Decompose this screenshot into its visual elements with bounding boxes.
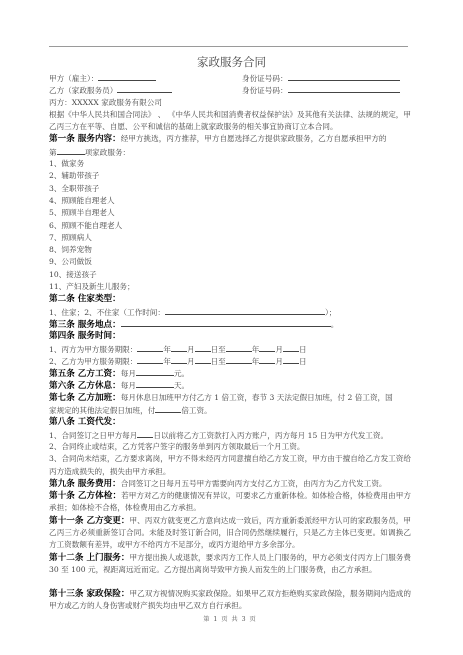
term-b-start-year[interactable]	[137, 355, 163, 364]
article-6-heading: 第六条 乙方休息：	[49, 381, 121, 391]
service-item: 4、照顾能自理老人	[49, 195, 411, 207]
to-label: 日至	[211, 345, 226, 354]
service-item: 6、照顾不能自理老人	[49, 220, 411, 232]
party-a-label: 甲方（雇主）：	[49, 74, 98, 83]
article-8-item1-prefix: 1、合同签订之日甲方每月	[49, 431, 137, 440]
article-5-prefix: 每月	[121, 369, 136, 378]
month-label: 月	[275, 345, 283, 354]
article-13: 第十三条 家政保险：甲乙双方视情况购买家政保险。如果甲乙双方拒绝购买家政保险，服…	[49, 588, 411, 613]
party-a-blank[interactable]	[98, 72, 156, 81]
term-c-end-year[interactable]	[226, 343, 252, 352]
article-12-heading: 第十二条 上门服务：	[49, 553, 130, 563]
spacer	[49, 576, 411, 588]
article-2-heading-text: 第二条 住家类型：	[49, 294, 121, 304]
term-b-label: 2、乙方为甲方服务期限：	[49, 357, 137, 366]
article-8-item1-suffix: 日以前将乙方工资款打入丙方账户，丙方每月 15 日为甲方代发工资。	[153, 431, 388, 440]
rest-days-blank[interactable]	[136, 379, 174, 388]
article-2-prefix: 1、住家；2、不住家（工作时间：	[49, 308, 165, 317]
article-9: 第九条 服务费用：合同签订之日每月五号甲方需要向丙方支付乙方工资，由丙方为乙方代…	[49, 478, 411, 490]
article-7-line2: 家规定的其他法定假日加班，付倍工资。	[49, 404, 411, 416]
article-8-heading: 第八条 工资代发：	[49, 416, 411, 428]
article-4-heading: 第四条 服务时间：	[49, 330, 411, 342]
party-a-id-group: 身份证号码：	[242, 72, 400, 85]
pay-day-blank[interactable]	[137, 429, 153, 438]
term-c-start-year[interactable]	[137, 343, 163, 352]
term-c-label: 1、丙方为甲方服务期限：	[49, 345, 137, 354]
document-body: 甲方（雇主）： 身份证号码： 乙方（家政服务员） 身份证号码： 丙方：XXXXX…	[49, 72, 411, 626]
article-4-line1: 1、丙方为甲方服务期限：年月日至年月日	[49, 343, 411, 355]
party-a-row: 甲方（雇主）： 身份证号码：	[49, 72, 411, 84]
article-7-prefix: 家规定的其他法定假日加班，付	[49, 406, 155, 415]
article-1-line2: 第项家政服务：	[49, 146, 411, 158]
month-label: 月	[187, 357, 195, 366]
article-1-prefix: 第	[49, 148, 57, 157]
party-b-id-label: 身份证号码：	[242, 86, 288, 95]
article-4-line2: 2、乙方为甲方服务期限：年月日至年月日	[49, 355, 411, 367]
salary-blank[interactable]	[136, 367, 174, 376]
article-8-item1: 1、合同签订之日甲方每月日以前将乙方工资款打入丙方账户，丙方每月 15 日为甲方…	[49, 429, 411, 441]
article-8-item3: 3、合同尚未结束，乙方要求离岗，甲方不得未经丙方同意擅自给乙方发工资，甲方由于擅…	[49, 453, 411, 478]
month-label: 月	[187, 345, 195, 354]
service-item: 9、公司做饭	[49, 256, 411, 268]
work-hours-blank[interactable]	[165, 306, 325, 315]
article-12: 第十二条 上门服务：甲方提出换人或退款，要求丙方工作人员上门服务的，甲方必须支付…	[49, 552, 411, 577]
day-label: 日	[299, 345, 307, 354]
service-item: 8、饲养宠物	[49, 244, 411, 256]
year-label: 年	[163, 357, 171, 366]
service-item: 3、全职带孩子	[49, 183, 411, 195]
preamble: 根据《中华人民共和国合同法》 、 《中华人民共和国消费者权益保护法》及其他有关法…	[49, 109, 411, 134]
article-7-suffix: 倍工资。	[181, 406, 211, 415]
term-c-start-month[interactable]	[171, 343, 187, 352]
article-9-heading: 第九条 服务费用：	[49, 479, 121, 489]
service-item: 1、做家务	[49, 158, 411, 170]
article-2-line: 1、住家；2、不住家（工作时间：）；	[49, 306, 411, 318]
article-10: 第十条 乙方体检：若甲方对乙方的健康情况有异议，可要求乙方重新体检。如体检合格，…	[49, 490, 411, 515]
party-a-id-blank[interactable]	[288, 72, 400, 81]
party-b-row: 乙方（家政服务员） 身份证号码：	[49, 84, 411, 96]
article-7-heading: 第七条 乙方加班：	[49, 393, 121, 403]
article-1-line1: 第一条 服务内容：经甲方挑选，丙方推荐，甲方自愿选择乙方提供家政服务，乙方自愿承…	[49, 133, 411, 145]
party-b-id-blank[interactable]	[288, 84, 400, 93]
term-c-start-day[interactable]	[195, 343, 211, 352]
article-5-suffix: 元。	[174, 369, 189, 378]
article-3-heading: 第三条 服务地点：	[49, 320, 121, 330]
article-8-heading-text: 第八条 工资代发：	[49, 417, 121, 427]
year-label: 年	[252, 345, 260, 354]
party-b-label: 乙方（家政服务员）	[49, 86, 117, 95]
article-3-line: 第三条 服务地点：。	[49, 318, 411, 330]
article-5-heading: 第五条 乙方工资：	[49, 369, 121, 379]
article-9-text: 合同签订之日每月五号甲方需要向丙方支付乙方工资，由丙方为乙方代发工资。	[121, 479, 387, 488]
document-page: 家政服务合同 甲方（雇主）： 身份证号码： 乙方（家政服务员） 身份证号码： 丙…	[0, 0, 463, 655]
term-b-end-day[interactable]	[283, 355, 299, 364]
document-title: 家政服务合同	[0, 54, 463, 70]
article-6-prefix: 每月	[121, 381, 136, 390]
article-11-heading: 第十一条 乙方变更：	[49, 516, 130, 526]
article-1-suffix: 项家政服务：	[85, 148, 131, 157]
header-rule	[49, 46, 408, 47]
term-b-start-month[interactable]	[171, 355, 187, 364]
service-item: 10、接送孩子	[49, 269, 411, 281]
term-b-end-year[interactable]	[226, 355, 252, 364]
party-a-id-label: 身份证号码：	[242, 74, 288, 83]
party-c-row: 丙方：XXXXX 家政服务有限公司	[49, 97, 411, 109]
article-6-line: 第六条 乙方休息：每月天。	[49, 379, 411, 391]
term-b-start-day[interactable]	[195, 355, 211, 364]
to-label: 日至	[211, 357, 226, 366]
term-b-end-month[interactable]	[259, 355, 275, 364]
service-item: 11、产妇及新生儿服务；	[49, 281, 411, 293]
article-6-suffix: 天。	[174, 381, 189, 390]
service-location-blank[interactable]	[121, 318, 331, 327]
month-label: 月	[275, 357, 283, 366]
year-label: 年	[252, 357, 260, 366]
term-c-end-month[interactable]	[259, 343, 275, 352]
article-7-line1: 第七条 乙方加班：每月休息日加班甲方付乙方 1 倍工资，春节 3 天法定假日加班…	[49, 392, 411, 404]
page-number: 第 1 页 共 3 页	[49, 614, 411, 626]
overtime-multiplier-blank[interactable]	[155, 404, 181, 413]
article-3-suffix: 。	[331, 320, 339, 329]
article-4-heading-text: 第四条 服务时间：	[49, 331, 121, 341]
article-10-heading: 第十条 乙方体检：	[49, 491, 121, 501]
article-2-heading: 第二条 住家类型：	[49, 293, 411, 305]
article-1-text: 经甲方挑选，丙方推荐，甲方自愿选择乙方提供家政服务，乙方自愿承担甲方的	[121, 134, 387, 143]
party-b-blank[interactable]	[117, 84, 172, 93]
service-items-blank[interactable]	[57, 146, 85, 155]
article-7-text: 每月休息日加班甲方付乙方 1 倍工资，春节 3 天法定假日加班，付 2 倍工资，…	[121, 393, 393, 402]
term-c-end-day[interactable]	[283, 343, 299, 352]
service-item: 5、照顾半自理老人	[49, 207, 411, 219]
party-b-id-group: 身份证号码：	[242, 84, 400, 97]
service-item: 2、辅助带孩子	[49, 170, 411, 182]
service-item: 7、照顾病人	[49, 232, 411, 244]
article-2-suffix: ）；	[325, 308, 336, 317]
article-8-item2: 2、合同终止或结束，乙方凭客户签字的服务单到丙方领取最后一个月工资。	[49, 441, 411, 453]
day-label: 日	[299, 357, 307, 366]
article-13-heading: 第十三条 家政保险：	[49, 589, 130, 599]
year-label: 年	[163, 345, 171, 354]
article-1-heading: 第一条 服务内容：	[49, 134, 121, 144]
article-11: 第十一条 乙方变更：甲、丙双方就变更乙方意向达成一致后，丙方重新委派经甲方认可的…	[49, 515, 411, 552]
article-5-line: 第五条 乙方工资：每月元。	[49, 367, 411, 379]
